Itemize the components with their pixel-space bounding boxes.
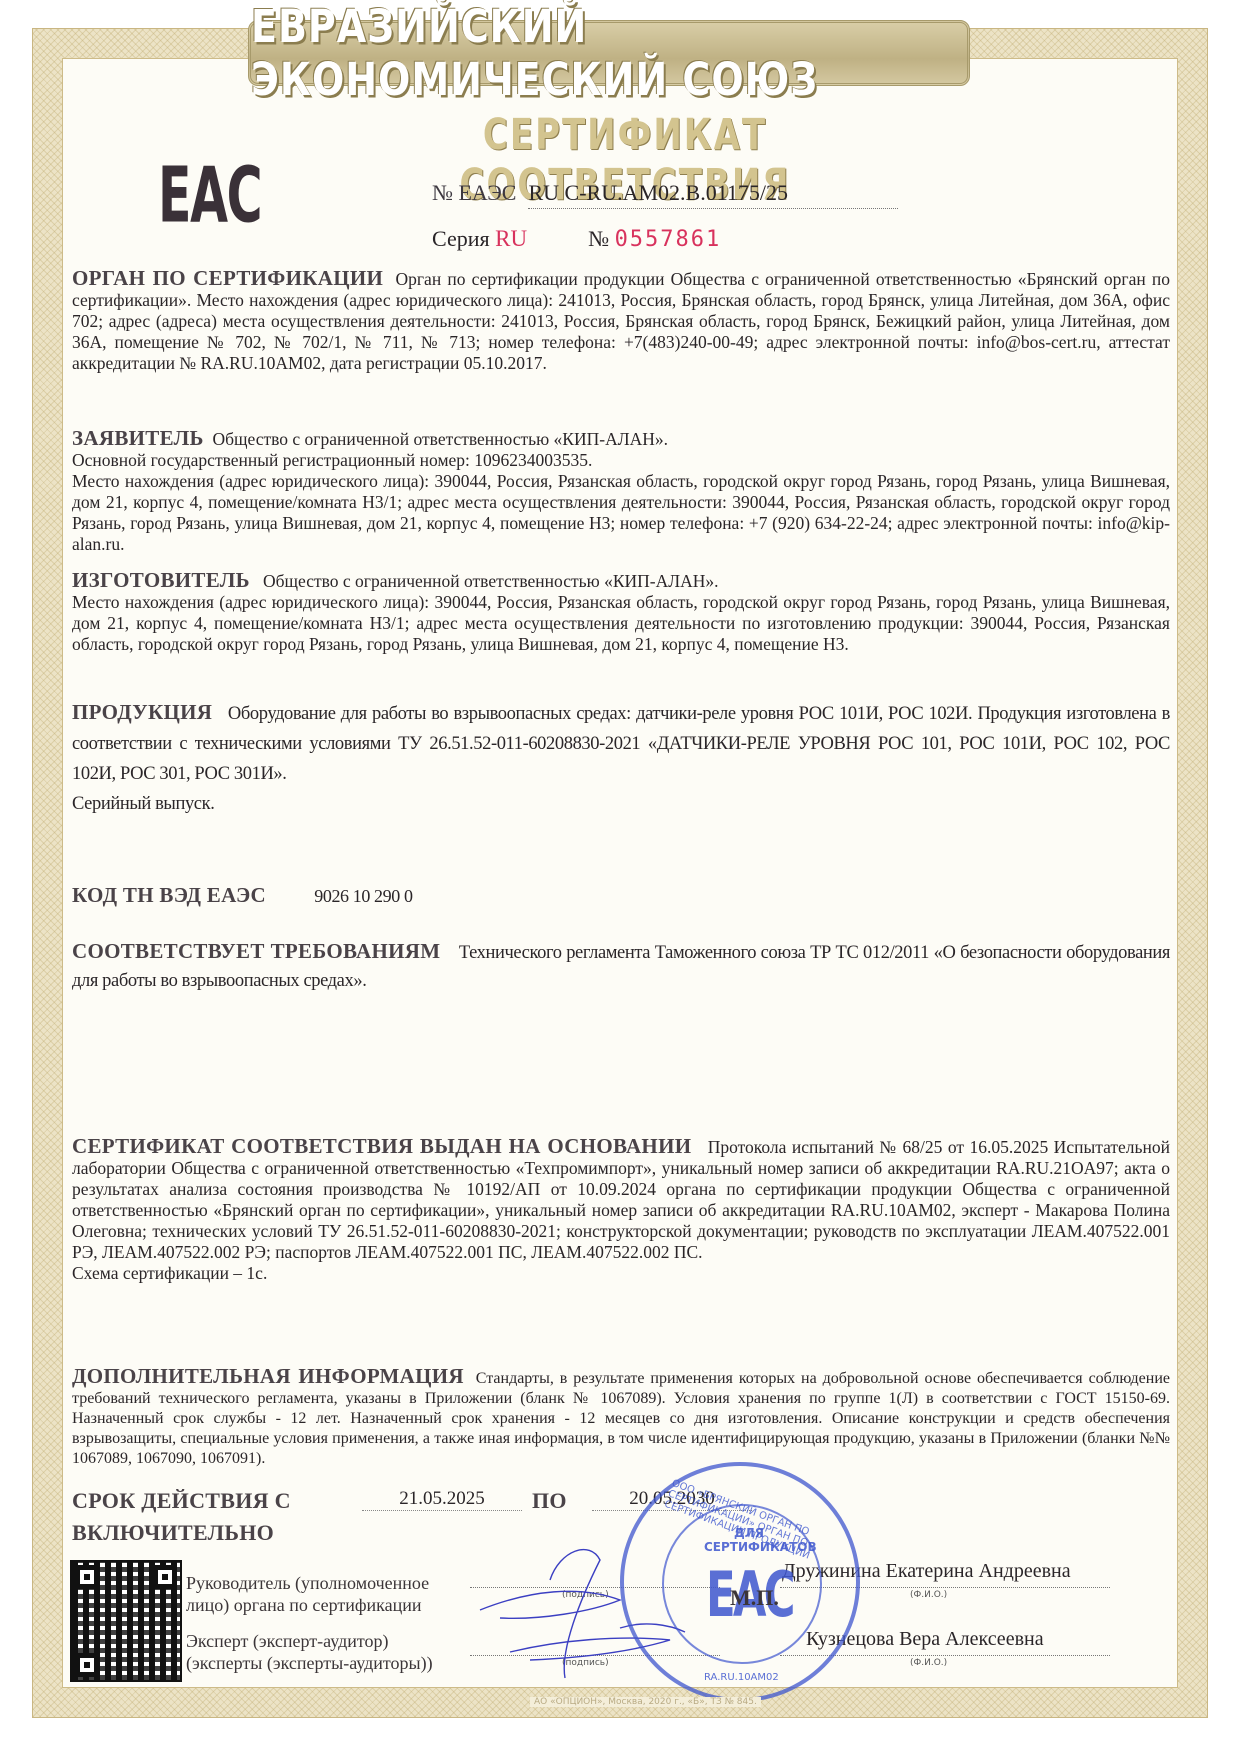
validity-inclusive-label: ВКЛЮЧИТЕЛЬНО (72, 1520, 274, 1545)
section-manufacturer: ИЗГОТОВИТЕЛЬ Общество с ограниченной отв… (72, 570, 1170, 655)
head-label: Руководитель (уполномоченное лицо) орган… (186, 1572, 429, 1616)
union-title: ЕВРАЗИЙСКИЙ ЭКОНОМИЧЕСКИЙ СОЮЗ (251, 0, 967, 106)
qr-finder (153, 1565, 177, 1589)
qr-finder (75, 1653, 99, 1677)
certification-scheme: Схема сертификации – 1с. (72, 1263, 267, 1283)
section-basis: СЕРТИФИКАТ СООТВЕТСТВИЯ ВЫДАН НА ОСНОВАН… (72, 1136, 1170, 1284)
qr-code-icon[interactable] (70, 1560, 182, 1682)
expert-name-caption: (Ф.И.О.) (910, 1658, 947, 1668)
customs-code-value: 9026 10 290 0 (314, 886, 412, 906)
validity-to-label: ПО (532, 1488, 567, 1514)
section-conformity: СООТВЕТСТВУЕТ ТРЕБОВАНИЯМ Технического р… (72, 937, 1170, 995)
section-heading: ДОПОЛНИТЕЛЬНАЯ ИНФОРМАЦИЯ (72, 1364, 464, 1388)
section-certification-body: ОРГАН ПО СЕРТИФИКАЦИИ Орган по сертифика… (72, 268, 1170, 374)
manufacturer-name: Общество с ограниченной ответственностью… (263, 571, 719, 591)
section-product: ПРОДУКЦИЯ Оборудование для работы во взр… (72, 697, 1170, 819)
section-heading: ЗАЯВИТЕЛЬ (72, 426, 204, 450)
blank-number-label: № (588, 226, 609, 251)
validity-from-label: СРОК ДЕЙСТВИЯ С (72, 1488, 291, 1513)
section-heading: СООТВЕТСТВУЕТ ТРЕБОВАНИЯМ (72, 939, 440, 963)
stamp-center-text: ДЛЯ СЕРТИФИКАТОВ (704, 1526, 794, 1554)
validity-from-date: 21.05.2025 (362, 1488, 522, 1511)
section-heading: КОД ТН ВЭД ЕАЭС (72, 883, 266, 907)
eac-logo-icon: EAC (158, 150, 261, 240)
certificate-number: № ЕАЭСRU C-RU.AM02.B.01175/25 (432, 180, 898, 209)
section-text: Оборудование для работы во взрывоопасных… (72, 704, 1170, 784)
section-text: Место нахождения (адрес юридического лиц… (72, 592, 1170, 654)
series-label: Серия (432, 226, 490, 251)
qr-finder (75, 1565, 99, 1589)
series-line: Серия RU № 0557861 (432, 226, 721, 252)
certificate-number-label: № ЕАЭС (432, 180, 516, 205)
section-customs-code: КОД ТН ВЭД ЕАЭС 9026 10 290 0 (72, 885, 1170, 907)
section-heading: СЕРТИФИКАТ СООТВЕТСТВИЯ ВЫДАН НА ОСНОВАН… (72, 1134, 691, 1158)
section-applicant: ЗАЯВИТЕЛЬ Общество с ограниченной ответс… (72, 428, 1170, 555)
head-name-caption: (Ф.И.О.) (910, 1590, 947, 1600)
expert-label: Эксперт (эксперт-аудитор) (эксперты (экс… (186, 1630, 433, 1674)
certificate-number-value: RU C-RU.AM02.B.01175/25 (528, 180, 898, 209)
section-heading: ИЗГОТОВИТЕЛЬ (72, 568, 250, 592)
applicant-ogrn: Основной государственный регистрационный… (72, 450, 592, 470)
series-value: RU (495, 226, 527, 251)
section-additional-info: ДОПОЛНИТЕЛЬНАЯ ИНФОРМАЦИЯ Стандарты, в р… (72, 1366, 1170, 1469)
union-title-banner: ЕВРАЗИЙСКИЙ ЭКОНОМИЧЕСКИЙ СОЮЗ (248, 20, 970, 86)
validity-inclusive: ВКЛЮЧИТЕЛЬНО (72, 1520, 274, 1546)
blank-number-value: 0557861 (615, 227, 722, 252)
applicant-name: Общество с ограниченной ответственностью… (212, 429, 668, 449)
section-heading: ПРОДУКЦИЯ (72, 700, 212, 724)
serial-production: Серийный выпуск. (72, 794, 214, 814)
section-heading: ОРГАН ПО СЕРТИФИКАЦИИ (72, 266, 383, 290)
validity-period: СРОК ДЕЙСТВИЯ С 21.05.2025 ПО 20.05.2030 (72, 1488, 1072, 1514)
printer-imprint: АО «ОПЦИОН», Москва, 2020 г., «Б», ТЗ № … (530, 1697, 761, 1707)
section-text: Место нахождения (адрес юридического лиц… (72, 471, 1170, 554)
seal-label: М.П. (730, 1585, 779, 1611)
official-seal-stamp: ООО «БРЯНСКИЙ ОРГАН ПО СЕРТИФИКАЦИИ» ОРГ… (620, 1462, 860, 1702)
stamp-bottom-text: RA.RU.10AM02 (704, 1672, 779, 1683)
